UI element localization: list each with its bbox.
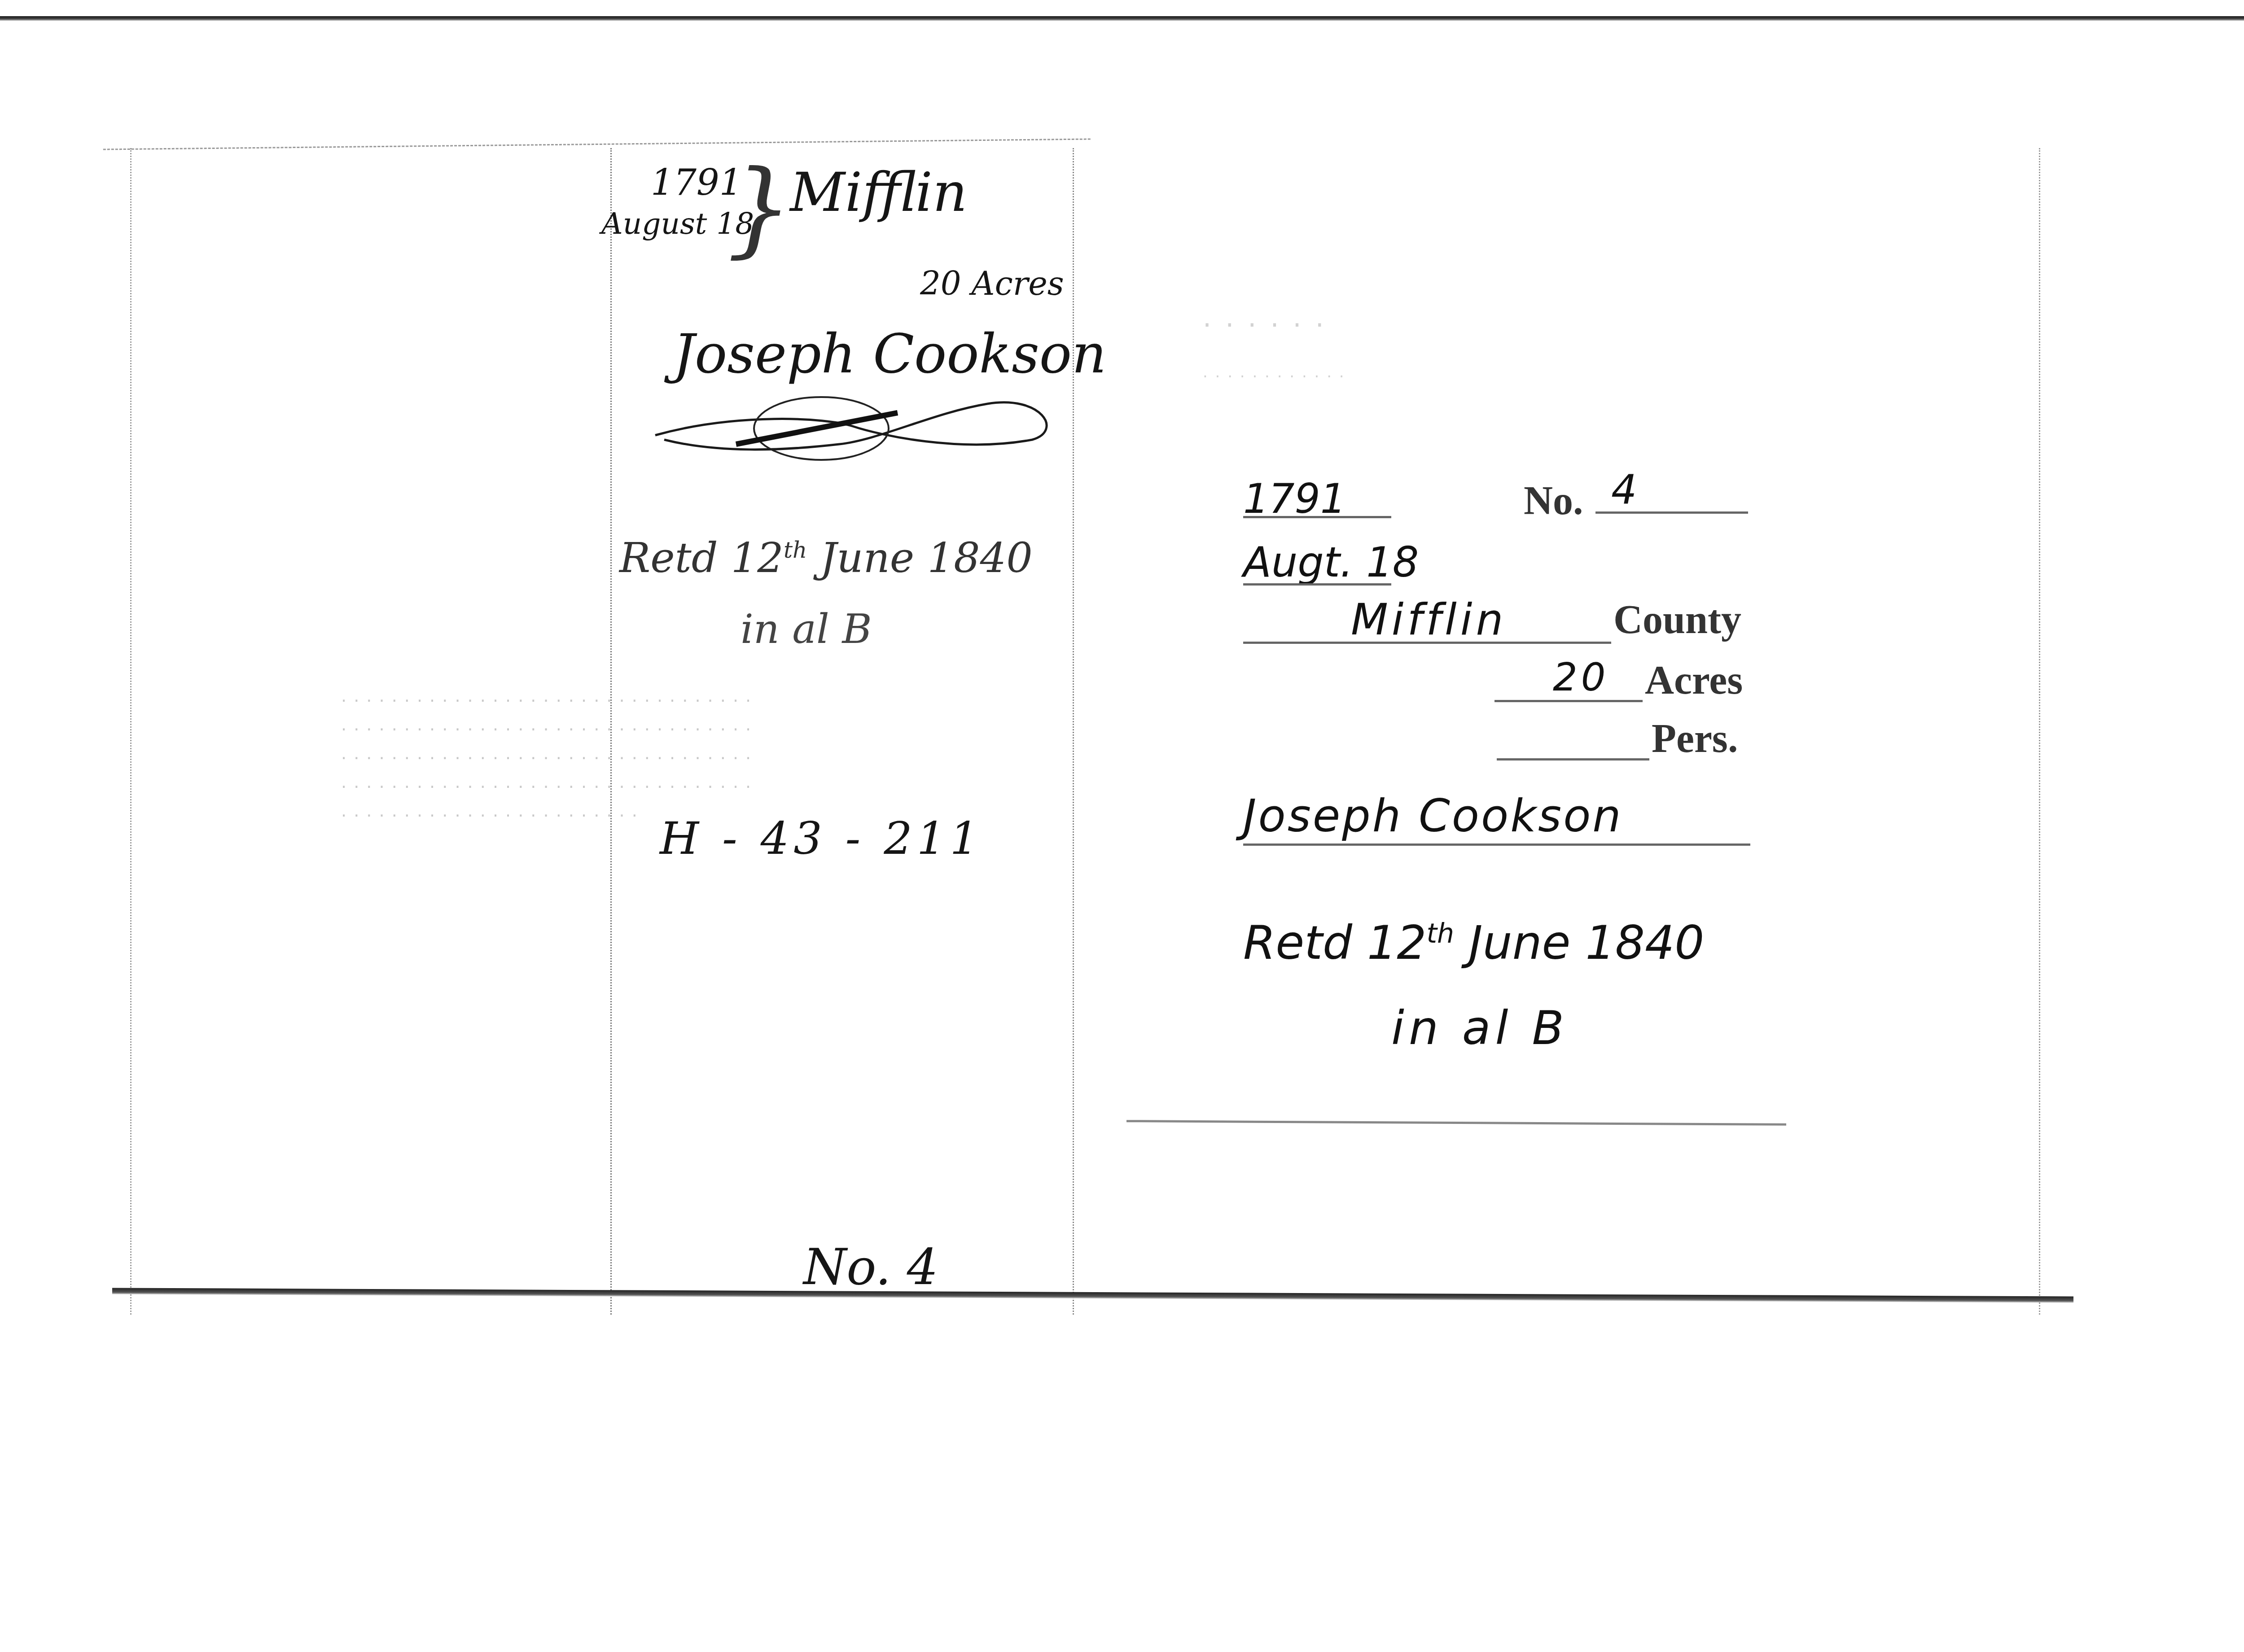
docket-acres: 20 Acres	[920, 265, 1064, 302]
card-number-rule	[1595, 511, 1748, 514]
scan-top-edge	[0, 16, 2244, 21]
faded-stamp-text: · · · · · ·	[1203, 310, 1327, 341]
card-county-value: Mifflin	[1351, 594, 1507, 645]
faded-line: · · · · · · · · · · · · · · · · · · · · …	[341, 715, 1194, 744]
card-name: Joseph Cookson	[1243, 790, 1623, 842]
card-pers-rule	[1497, 758, 1649, 760]
card-book: in al B	[1391, 1001, 1569, 1055]
brace-icon: }	[727, 157, 793, 260]
faded-stamp: · · · · · · · · · · · · · · · · · ·	[1203, 310, 1346, 386]
docket-reference: H - 43 - 211	[660, 812, 983, 865]
card-number-label: No.	[1524, 478, 1583, 524]
card-acres-value: 20	[1553, 655, 1609, 700]
faded-line: · · · · · · · · · · · · · · · · · · · · …	[341, 744, 1194, 773]
card-pers-label: Pers.	[1652, 716, 1738, 762]
faded-stamp-subtext: · · · · · · · · · · · ·	[1203, 368, 1346, 386]
card-year-rule	[1243, 516, 1391, 518]
card-returned-day: 12	[1367, 915, 1426, 970]
docket-returned-date: Retd 12th June 1840	[619, 534, 1033, 582]
card-county-rule	[1243, 642, 1611, 644]
returned-day-suffix: th	[784, 537, 807, 563]
card-name-rule	[1243, 843, 1750, 846]
docket-name: Joseph Cookson	[673, 323, 1106, 385]
card-acres-label: Acres	[1645, 657, 1743, 704]
docket-county: Mifflin	[790, 162, 967, 224]
card-date-rule	[1243, 583, 1391, 586]
flourish-icon	[646, 386, 1059, 462]
card-county-label: County	[1613, 597, 1741, 643]
returned-prefix: Retd	[619, 534, 718, 582]
card-returned-prefix: Retd	[1243, 915, 1352, 970]
card-returned-date: Retd 12th June 1840	[1243, 915, 1704, 970]
card-number-value: 4	[1611, 467, 1637, 514]
card-returned-day-suffix: th	[1426, 918, 1454, 949]
docket-number: No. 4	[803, 1238, 938, 1296]
returned-rest: June 1840	[820, 534, 1032, 582]
faded-line: · · · · · · · · · · · · · · · · · · · · …	[341, 686, 1194, 715]
docket-book: in al B	[741, 606, 872, 653]
card-acres-rule	[1495, 700, 1643, 702]
faded-line: · · · · · · · · · · · · · · · · · · · · …	[341, 773, 1194, 801]
returned-day: 12	[731, 534, 784, 582]
faded-print-text: · · · · · · · · · · · · · · · · · · · · …	[341, 686, 1194, 830]
card-returned-rest: June 1840	[1469, 915, 1704, 970]
card-date: Augt. 18	[1243, 538, 1419, 586]
